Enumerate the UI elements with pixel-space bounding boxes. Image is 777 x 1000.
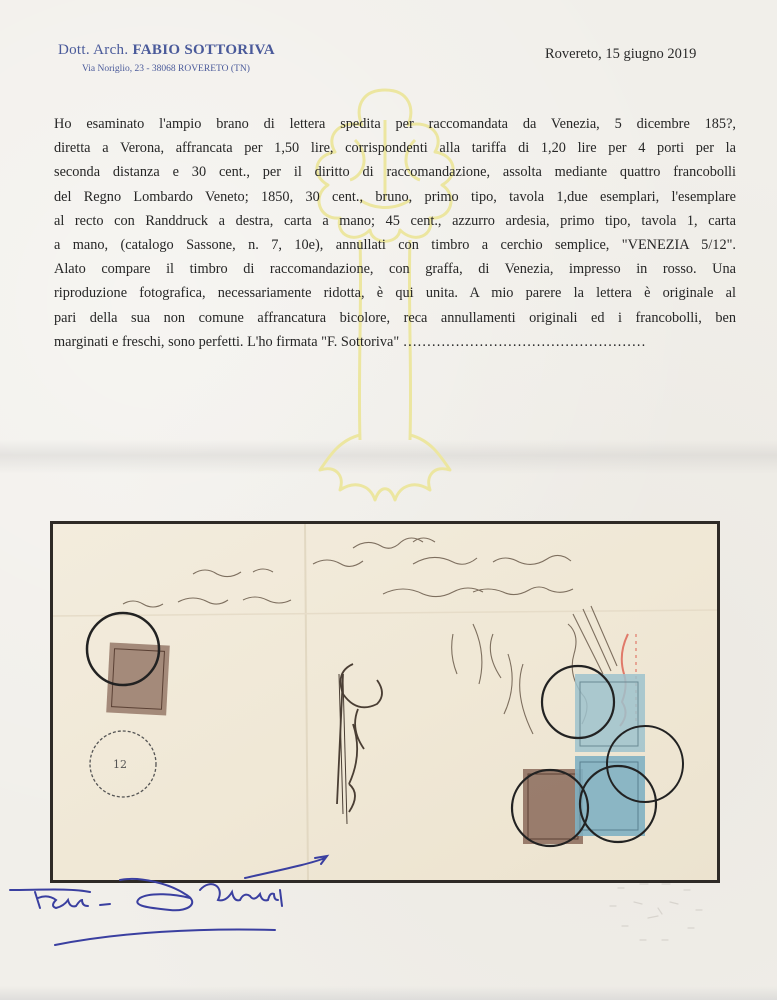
certificate-line: diretta a Verona, affrancata per 1,50 li… — [54, 136, 736, 160]
certificate-line: riproduzione fotografica, necessariament… — [54, 281, 736, 305]
letterhead-name: Dott. Arch. FABIO SOTTORIVA — [58, 42, 275, 59]
letterhead: Dott. Arch. FABIO SOTTORIVA Via Noriglio… — [58, 42, 275, 74]
certificate-body: Ho esaminato l'ampio brano di lettera sp… — [54, 112, 736, 354]
certificate-line: Alato compare il timbro di raccomandazio… — [54, 257, 736, 281]
certificate-line: al recto con Randdruck a destra, carta a… — [54, 209, 736, 233]
certificate-line: pari della sua non comune affrancatura b… — [54, 306, 736, 330]
letter-photograph: 12 — [50, 521, 720, 883]
certificate-line: del Regno Lombardo Veneto; 1850, 30 cent… — [54, 185, 736, 209]
signature — [0, 850, 420, 970]
certificate-line: marginati e freschi, sono perfetti. L'ho… — [54, 330, 736, 354]
document-date: Rovereto, 15 giugno 2019 — [545, 46, 696, 63]
certificate-line: Ho esaminato l'ampio brano di lettera sp… — [54, 112, 736, 136]
letterhead-address: Via Noriglio, 23 - 38068 ROVERETO (TN) — [82, 64, 275, 74]
certificate-line: seconda distanza e 30 cent., per il diri… — [54, 160, 736, 184]
letterhead-title: Dott. Arch. — [58, 42, 128, 58]
certificate-line: a mano, (catalogo Sassone, n. 7, 10e), a… — [54, 233, 736, 257]
embossed-seal-icon — [600, 880, 710, 960]
paper-edge-shadow — [0, 986, 777, 1000]
letterhead-author: FABIO SOTTORIVA — [132, 42, 274, 58]
letter-image: 12 — [53, 524, 717, 880]
svg-text:12: 12 — [113, 758, 127, 771]
